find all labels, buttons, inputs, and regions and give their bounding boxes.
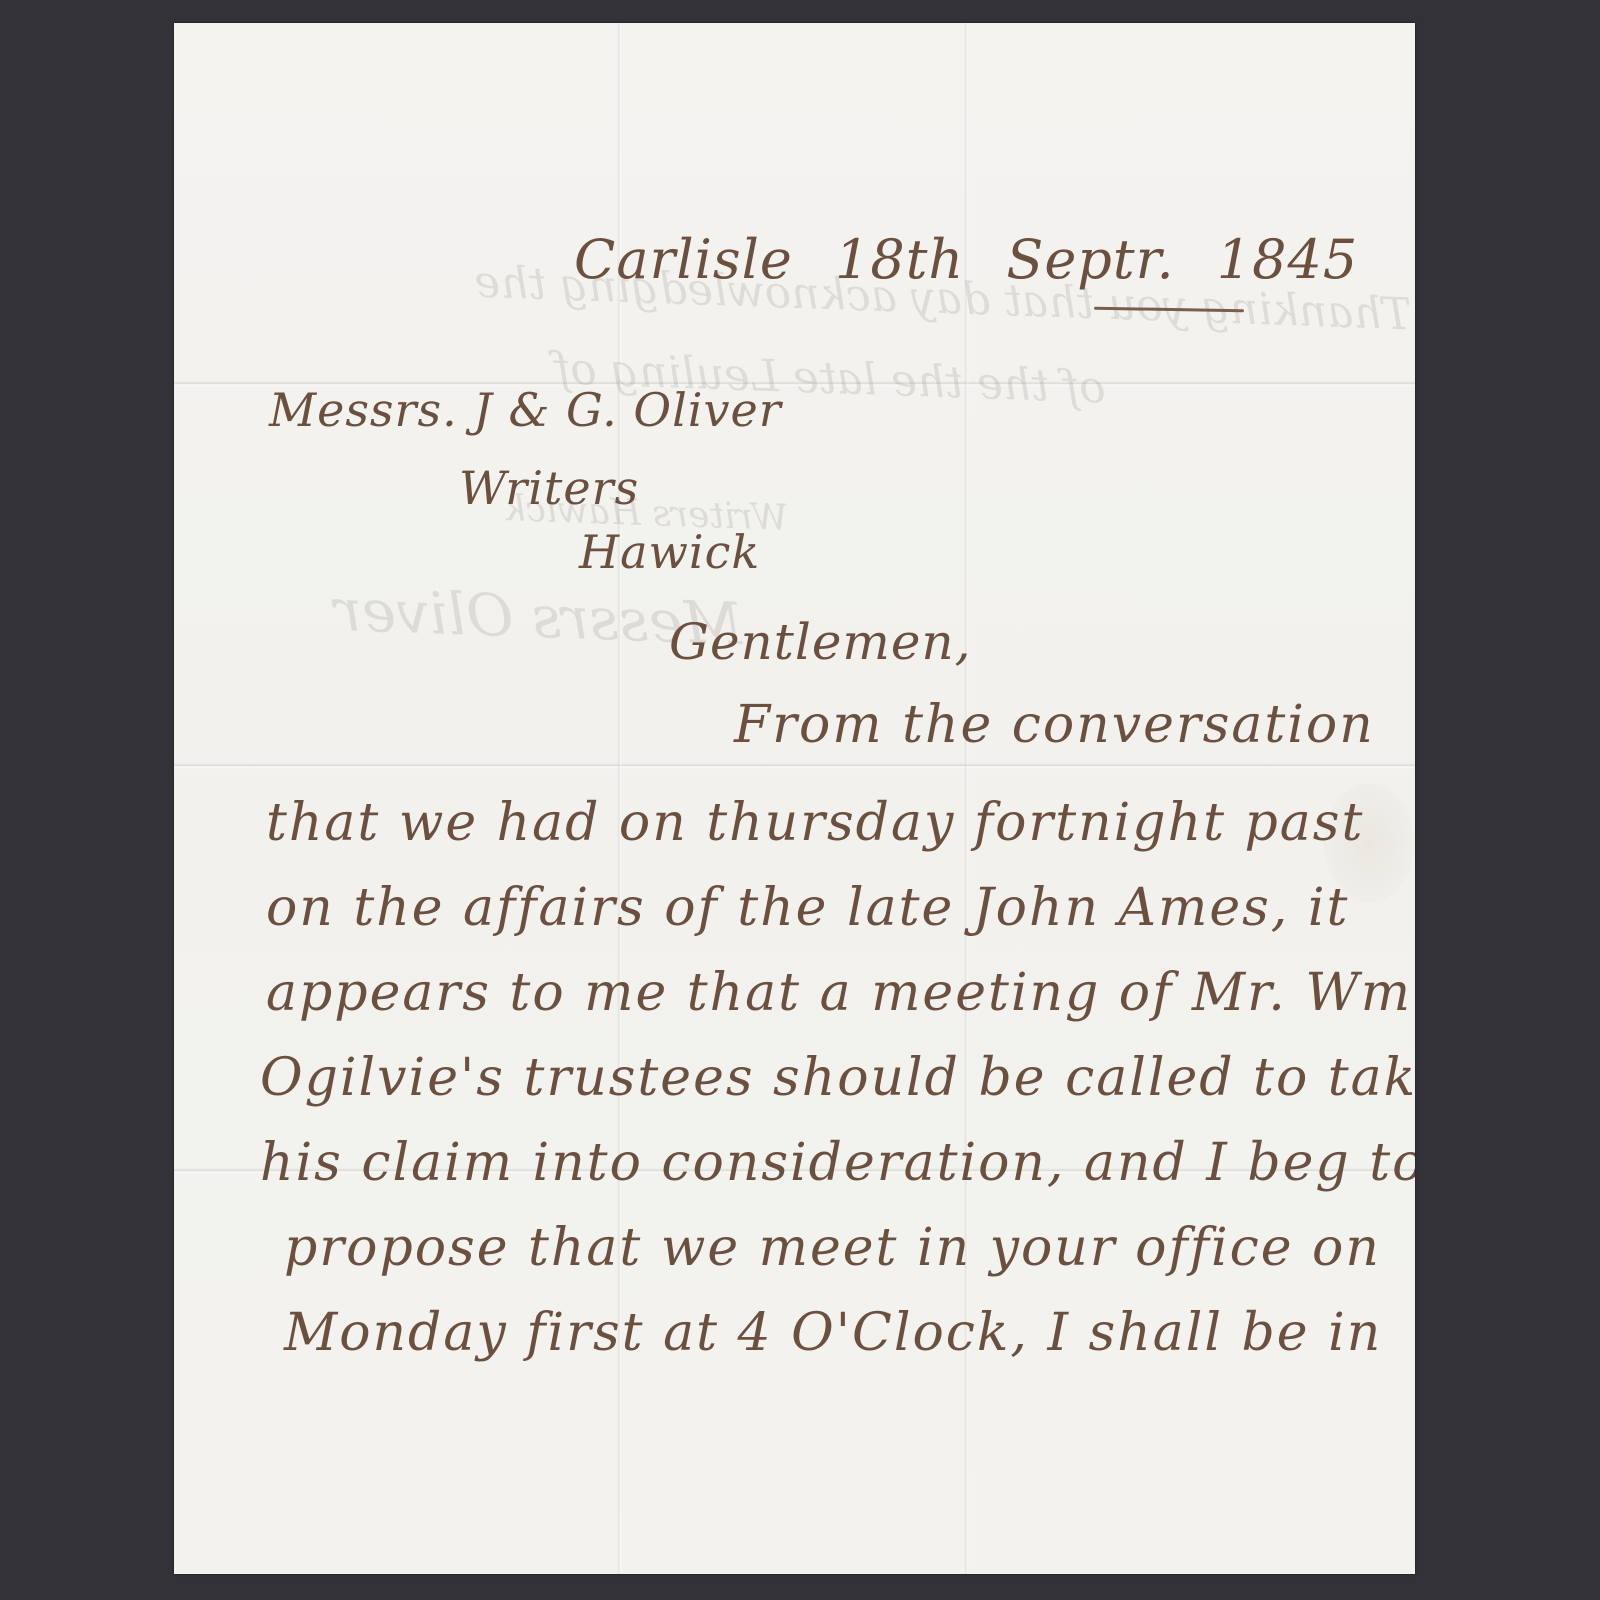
body-line: Ogilvie's trustees should be called to t… [260, 1048, 1415, 1108]
body-line: appears to me that a meeting of Mr. Wm. [266, 963, 1415, 1023]
dateline-month: Septr. [1006, 228, 1174, 291]
body-line: his claim into consideration, and I beg … [260, 1133, 1415, 1193]
dateline: Carlisle 18th Septr. 1845 [574, 228, 1358, 291]
addressee-town: Hawick [579, 525, 760, 579]
scan-background: Thanking you that day acknowledging the … [0, 0, 1600, 1600]
salutation: Gentlemen, [669, 613, 972, 671]
body-line: propose that we meet in your office on [284, 1218, 1381, 1278]
body-line: Monday first at 4 O'Clock, I shall be in [284, 1303, 1382, 1363]
dateline-year: 1845 [1217, 228, 1358, 291]
letter-page: Thanking you that day acknowledging the … [174, 23, 1415, 1574]
body-line: on the affairs of the late John Ames, it [266, 878, 1349, 938]
body-line: that we had on thursday fortnight past [266, 793, 1364, 853]
fold-crease-horizontal [174, 763, 1415, 769]
dateline-underline [1094, 307, 1244, 313]
body-line: From the conversation [734, 695, 1375, 755]
addressee-name: Messrs. J & G. Oliver [269, 383, 782, 437]
addressee-profession: Writers [459, 461, 639, 515]
dateline-day: 18th [835, 228, 964, 291]
dateline-place: Carlisle [574, 228, 793, 291]
